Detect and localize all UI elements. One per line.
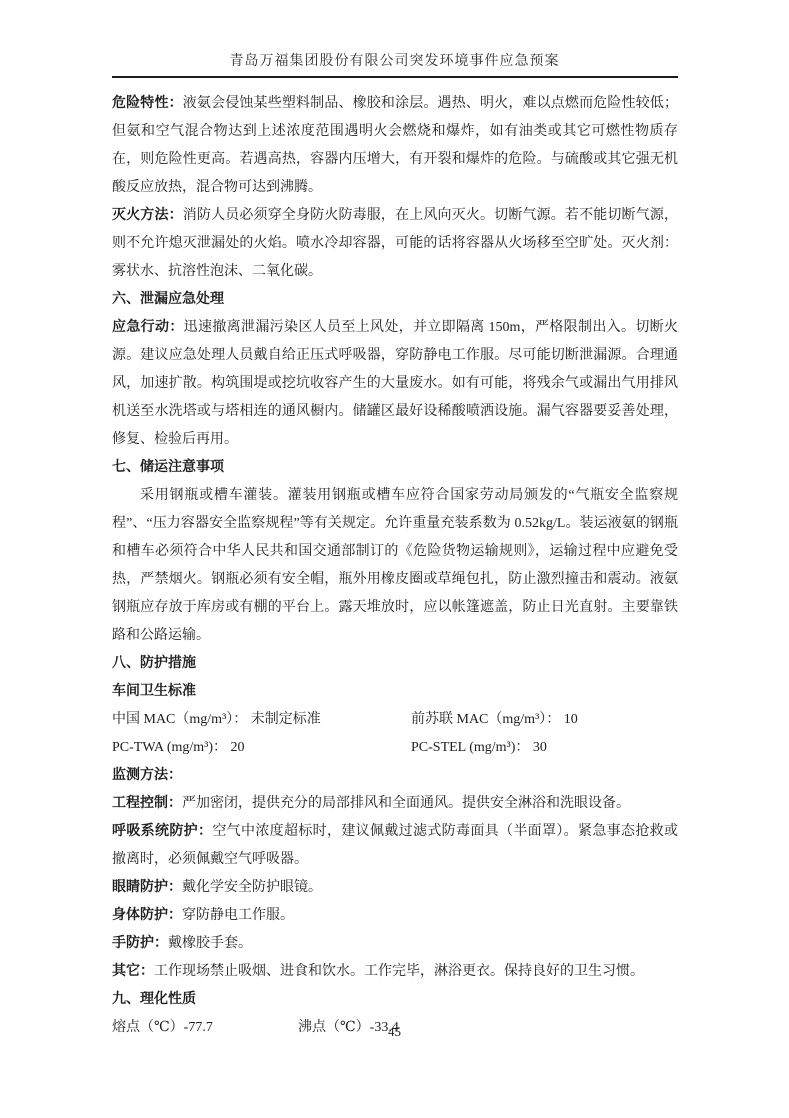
engineering-control-text: 严加密闭，提供充分的局部排风和全面通风。提供安全淋浴和洗眼设备。 (182, 796, 630, 811)
document-page: 青岛万福集团股份有限公司突发环境事件应急预案 危险特性：液氨会侵蚀某些塑料制品、… (0, 0, 789, 1118)
section-heading-protection: 八、防护措施 (112, 650, 678, 678)
workshop-hygiene-subheading: 车间卫生标准 (112, 678, 678, 706)
respiratory-protection-label: 呼吸系统防护： (112, 824, 212, 839)
hazard-label: 危险特性： (112, 96, 183, 111)
body-protection-paragraph: 身体防护：穿防静电工作服。 (112, 902, 678, 930)
monitoring-method-paragraph: 监测方法： (112, 762, 678, 790)
fire-method-text: 消防人员必须穿全身防火防毒服，在上风向灭火。切断气源。若不能切断气源，则不允许熄… (112, 208, 678, 279)
engineering-control-paragraph: 工程控制：严加密闭，提供充分的局部排风和全面通风。提供安全淋浴和洗眼设备。 (112, 790, 678, 818)
header-divider (112, 76, 678, 78)
engineering-control-label: 工程控制： (112, 796, 182, 811)
ussr-mac-value: 前苏联 MAC（mg/m³）： 10 (411, 706, 578, 734)
section-heading-storage-transport: 七、储运注意事项 (112, 454, 678, 482)
monitoring-method-label: 监测方法： (112, 768, 182, 783)
body-protection-label: 身体防护： (112, 908, 182, 923)
hazard-text: 液氨会侵蚀某些塑料制品、橡胶和涂层。遇热、明火，难以点燃而危险性较低；但氨和空气… (112, 96, 678, 195)
page-number: 45 (0, 1024, 789, 1040)
hand-protection-text: 戴橡胶手套。 (168, 936, 252, 951)
storage-paragraph: 采用钢瓶或槽车灌装。灌装用钢瓶或槽车应符合国家劳动局颁发的“气瓶安全监察规程”、… (112, 482, 678, 650)
section-heading-physicochemical: 九、理化性质 (112, 986, 678, 1014)
section-heading-leak-response: 六、泄漏应急处理 (112, 286, 678, 314)
other-protection-label: 其它： (112, 964, 154, 979)
respiratory-protection-paragraph: 呼吸系统防护：空气中浓度超标时，建议佩戴过滤式防毒面具（半面罩）。紧急事态抢救或… (112, 818, 678, 874)
other-protection-text: 工作现场禁止吸烟、进食和饮水。工作完毕，淋浴更衣。保持良好的卫生习惯。 (154, 964, 644, 979)
pc-standards-row: PC-TWA (mg/m³)： 20 PC-STEL (mg/m³)： 30 (112, 734, 678, 762)
fire-method-label: 灭火方法： (112, 208, 183, 223)
document-header-title: 青岛万福集团股份有限公司突发环境事件应急预案 (0, 50, 789, 70)
eye-protection-label: 眼睛防护： (112, 880, 182, 895)
mac-standards-row: 中国 MAC（mg/m³）： 未制定标准 前苏联 MAC（mg/m³）： 10 (112, 706, 678, 734)
hazard-paragraph: 危险特性：液氨会侵蚀某些塑料制品、橡胶和涂层。遇热、明火，难以点燃而危险性较低；… (112, 90, 678, 202)
body-protection-text: 穿防静电工作服。 (182, 908, 294, 923)
emergency-action-paragraph: 应急行动：迅速撤离泄漏污染区人员至上风处，并立即隔离 150m，严格限制出入。切… (112, 314, 678, 454)
fire-method-paragraph: 灭火方法：消防人员必须穿全身防火防毒服，在上风向灭火。切断气源。若不能切断气源，… (112, 202, 678, 286)
pc-twa-value: PC-TWA (mg/m³)： 20 (112, 734, 411, 762)
eye-protection-paragraph: 眼睛防护：戴化学安全防护眼镜。 (112, 874, 678, 902)
other-protection-paragraph: 其它：工作现场禁止吸烟、进食和饮水。工作完毕，淋浴更衣。保持良好的卫生习惯。 (112, 958, 678, 986)
document-body: 危险特性：液氨会侵蚀某些塑料制品、橡胶和涂层。遇热、明火，难以点燃而危险性较低；… (112, 90, 678, 1042)
emergency-action-text: 迅速撤离泄漏污染区人员至上风处，并立即隔离 150m，严格限制出入。切断火源。建… (112, 320, 678, 447)
storage-text: 采用钢瓶或槽车灌装。灌装用钢瓶或槽车应符合国家劳动局颁发的“气瓶安全监察规程”、… (112, 488, 678, 643)
emergency-action-label: 应急行动： (112, 320, 184, 335)
eye-protection-text: 戴化学安全防护眼镜。 (182, 880, 322, 895)
hand-protection-paragraph: 手防护：戴橡胶手套。 (112, 930, 678, 958)
china-mac-value: 中国 MAC（mg/m³）： 未制定标准 (112, 706, 411, 734)
hand-protection-label: 手防护： (112, 936, 168, 951)
pc-stel-value: PC-STEL (mg/m³)： 30 (411, 734, 547, 762)
